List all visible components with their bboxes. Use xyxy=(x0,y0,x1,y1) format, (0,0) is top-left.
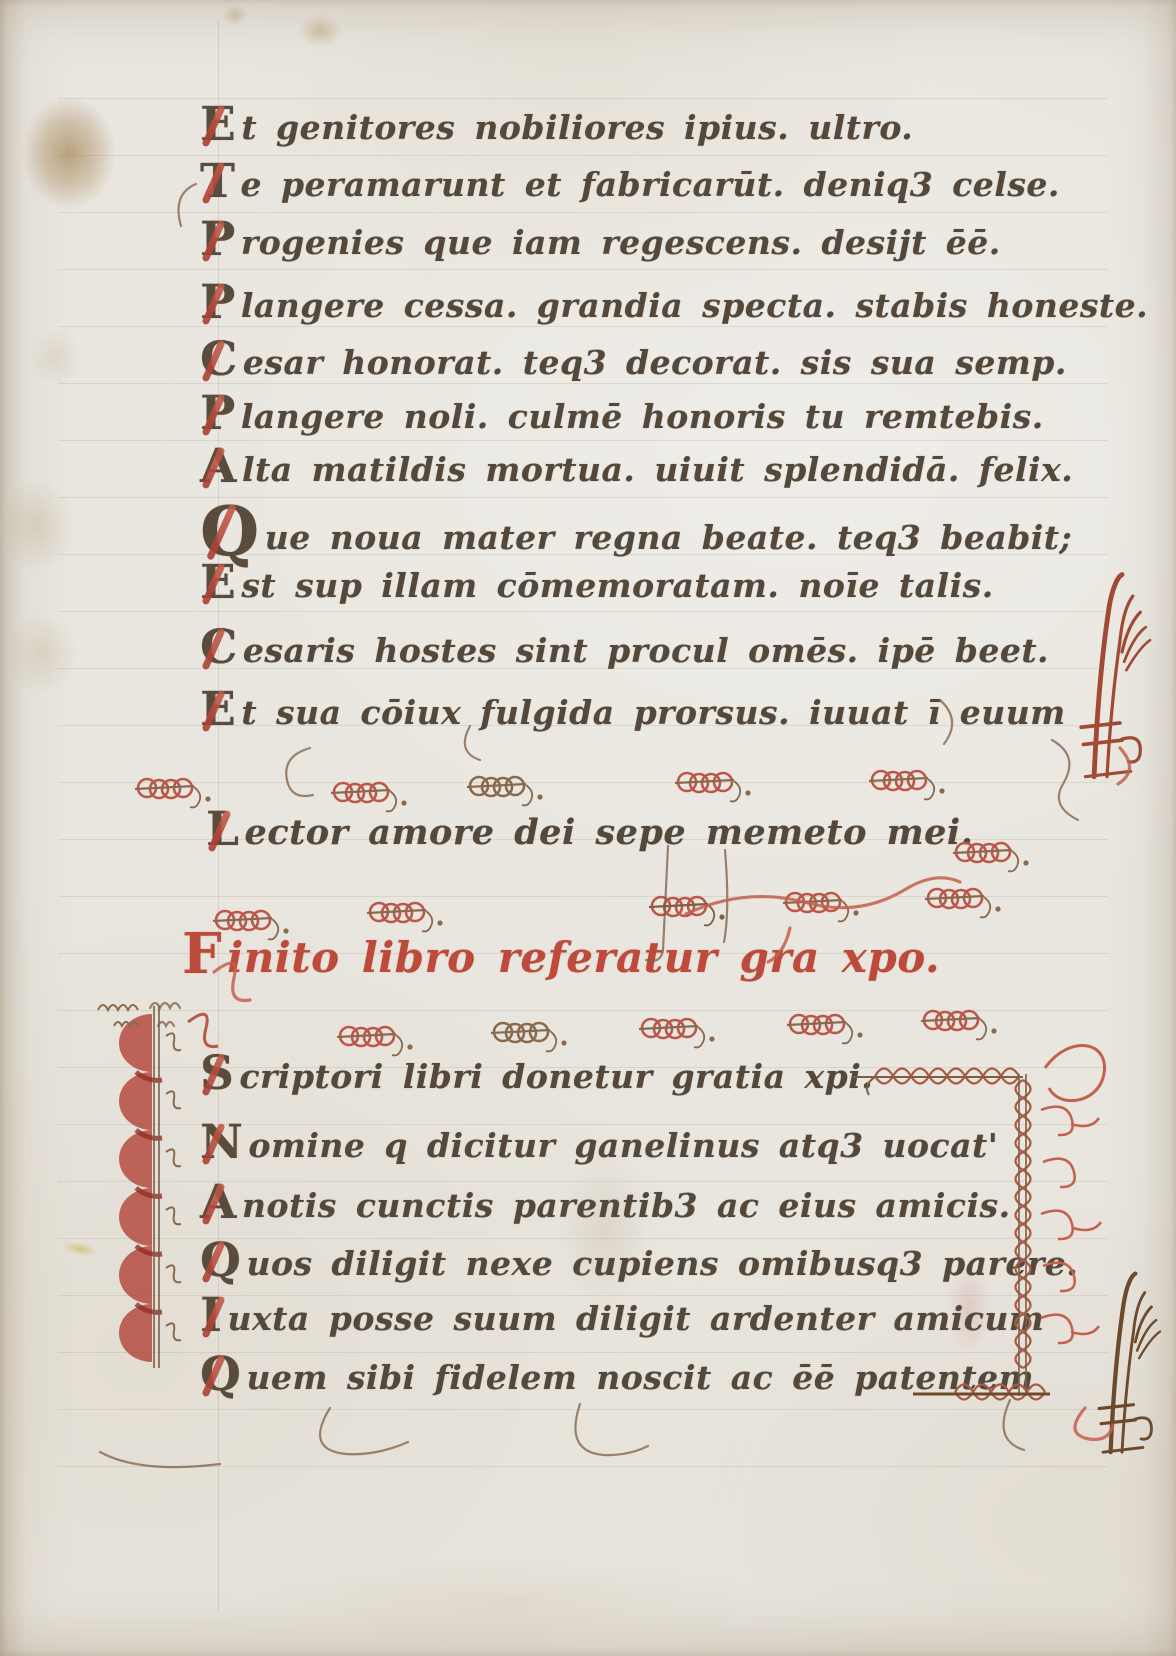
verse-line-2: Te peramarunt et fabricarūt. deniq3 cels… xyxy=(200,160,1060,205)
closing-line-4: Quos diligit nexe cupiens omibusq3 parer… xyxy=(200,1239,1078,1284)
closing-line-1: Scriptori libri donetur gratia xpi. xyxy=(200,1052,873,1097)
parchment-stain xyxy=(30,326,82,388)
rubricated-initial: P xyxy=(200,219,236,261)
verse-line-9: Est sup illam cōmemoratam. noīe talis. xyxy=(200,561,994,606)
parchment-stain xyxy=(560,1150,650,1310)
rubricated-initial: T xyxy=(200,161,235,203)
line-filler-ornament xyxy=(782,878,864,926)
closing-line-5: Iuxta posse suum diligit ardenter amicum xyxy=(200,1294,1044,1339)
line-text: lta matildis mortua. uiuit splendidā. fe… xyxy=(242,450,1073,489)
verse-line-7: Alta matildis mortua. uiuit splendidā. f… xyxy=(200,445,1073,490)
line-filler-ornament xyxy=(920,996,1002,1044)
manicule-icon xyxy=(1072,1266,1172,1456)
line-filler-ornament xyxy=(868,756,950,804)
closing-line-2: Nomine q dicitur ganelinus atq3 uocat' xyxy=(200,1121,998,1166)
line-filler-ornament xyxy=(786,1000,868,1048)
line-text: uxta posse suum diligit ardenter amicum xyxy=(228,1299,1045,1338)
line-filler-ornament xyxy=(638,1004,720,1052)
parchment-stain xyxy=(6,612,78,696)
verse-line-5: Cesar honorat. teq3 decorat. sis sua sem… xyxy=(200,338,1067,383)
line-text: e peramarunt et fabricarūt. deniq3 celse… xyxy=(240,165,1059,204)
closing-line-3: Anotis cunctis parentib3 ac eius amicis. xyxy=(200,1181,1011,1226)
verse-line-4: Plangere cessa. grandia specta. stabis h… xyxy=(200,281,1148,326)
line-text: rogenies que iam regescens. desijt ēē. xyxy=(241,223,1001,262)
line-text: t sua cōiux fulgida prorsus. iuuat ī euu… xyxy=(241,693,1065,732)
line-text: esaris hostes sint procul omēs. ipē beet… xyxy=(243,631,1049,670)
rubricated-initial: E xyxy=(200,689,236,731)
parchment-stain xyxy=(250,1556,770,1648)
rubricated-initial: I xyxy=(200,1295,223,1337)
line-filler-ornament xyxy=(674,758,756,806)
verse-line-11: Et sua cōiux fulgida prorsus. iuuat ī eu… xyxy=(200,688,1066,733)
manuscript-page: Et genitores nobiliores ipius. ultro. Te… xyxy=(0,0,1176,1656)
rubricated-initial: L xyxy=(206,809,240,851)
line-text: st sup illam cōmemoratam. noīe talis. xyxy=(241,566,993,605)
line-filler-ornament xyxy=(648,882,730,930)
parchment-stain xyxy=(298,14,342,48)
parchment-stain xyxy=(222,4,248,26)
rubricated-initial: S xyxy=(200,1053,234,1095)
line-text: criptori libri donetur gratia xpi. xyxy=(239,1057,873,1096)
line-text: langere cessa. grandia specta. stabis ho… xyxy=(241,286,1148,325)
parchment-stain xyxy=(22,96,116,210)
line-text: omine q dicitur ganelinus atq3 uocat' xyxy=(248,1126,998,1165)
line-filler-ornament xyxy=(466,762,548,810)
rubricated-initial: Q xyxy=(200,1240,241,1282)
closing-line-6: Quem sibi fidelem noscit ac ēē patentem xyxy=(200,1353,1034,1398)
rubricated-initial: P xyxy=(200,282,236,324)
line-text: t genitores nobiliores ipius. ultro. xyxy=(241,108,913,147)
verse-line-8: Que noua mater regna beate. teq3 beabit; xyxy=(200,496,1072,558)
rubric-line: Finito libro referatur gra xpo. xyxy=(182,928,940,985)
line-filler-ornament xyxy=(490,1008,572,1056)
rubricated-initial: C xyxy=(200,627,238,669)
line-text: uos diligit nexe cupiens omibusq3 parere… xyxy=(246,1244,1078,1283)
rubricated-initial: E xyxy=(200,104,236,146)
rubricated-initial: A xyxy=(200,446,237,488)
rubric-initial: F xyxy=(182,929,222,979)
parchment-stain xyxy=(0,478,74,574)
rubricated-initial: Q xyxy=(200,502,260,563)
rubricated-initial: C xyxy=(200,339,238,381)
rubricated-initial: P xyxy=(200,393,236,435)
rubricated-initial: A xyxy=(200,1182,237,1224)
line-text: esar honorat. teq3 decorat. sis sua semp… xyxy=(243,343,1067,382)
line-text: ector amore dei sepe memeto mei. xyxy=(245,812,974,853)
rubricated-initial: E xyxy=(200,562,236,604)
verse-line-1: Et genitores nobiliores ipius. ultro. xyxy=(200,103,913,148)
line-text: ue noua mater regna beate. teq3 beabit; xyxy=(265,518,1073,557)
line-text: notis cunctis parentib3 ac eius amicis. xyxy=(242,1186,1011,1225)
manicule-icon xyxy=(1052,566,1162,781)
line-text: uem sibi fidelem noscit ac ēē patentem xyxy=(246,1358,1034,1397)
verse-line-3: Progenies que iam regescens. desijt ēē. xyxy=(200,218,1001,263)
rubricated-initial: Q xyxy=(200,1354,241,1396)
rubricated-initial: N xyxy=(200,1122,243,1164)
parchment-fiber xyxy=(61,1238,99,1259)
verse-line-6: Plangere noli. culmē honoris tu remtebis… xyxy=(200,392,1044,437)
rubric-text: inito libro referatur gra xpo. xyxy=(227,933,940,982)
dedication-line: Lector amore dei sepe memeto mei. xyxy=(206,808,973,855)
verse-line-10: Cesaris hostes sint procul omēs. ipē bee… xyxy=(200,626,1049,671)
line-filler-ornament xyxy=(924,874,1006,922)
line-text: langere noli. culmē honoris tu remtebis. xyxy=(241,397,1044,436)
line-filler-ornament xyxy=(134,764,216,812)
